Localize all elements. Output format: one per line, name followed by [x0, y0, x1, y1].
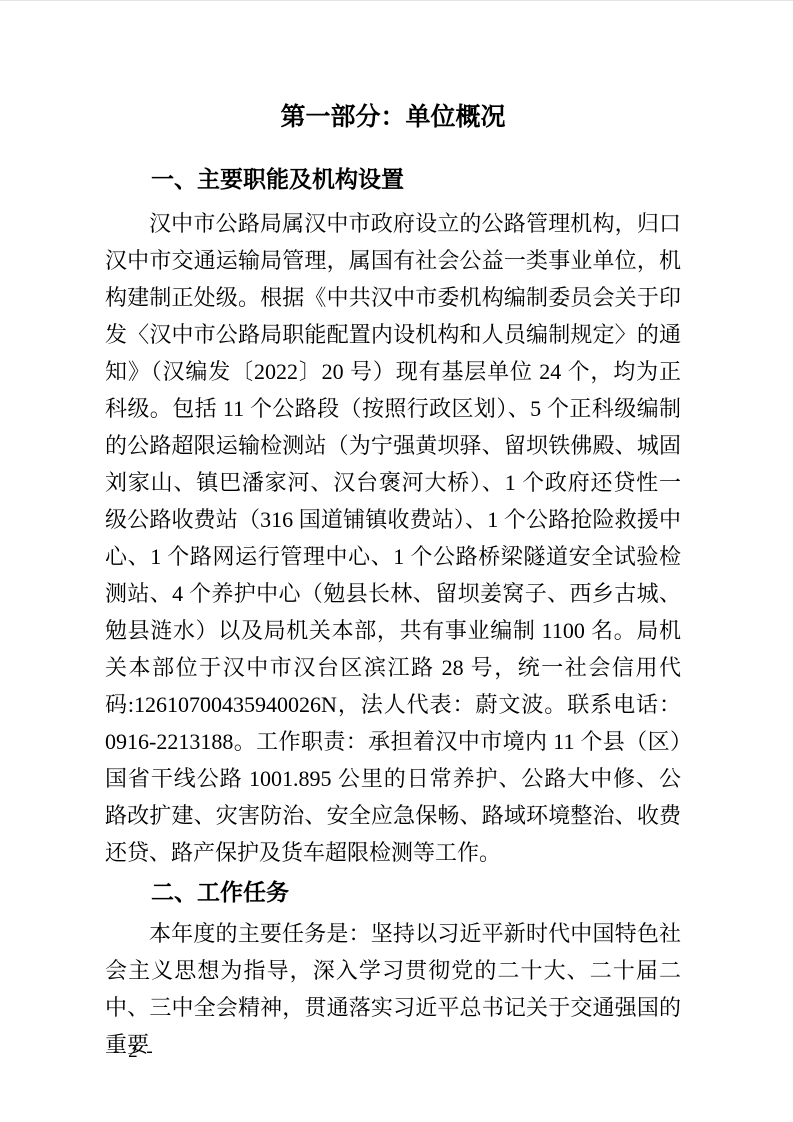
section-work-tasks: 二、工作任务 本年度的主要任务是：坚持以习近平新时代中国特色社会主义思想为指导，…	[105, 880, 681, 1063]
section-1-heading: 一、主要职能及机构设置	[105, 167, 681, 191]
section-main-functions: 一、主要职能及机构设置 汉中市公路局属汉中市政府设立的公路管理机构，归口汉中市交…	[105, 167, 681, 871]
page-number: - 2 -	[113, 1041, 155, 1063]
page-content: 第一部分：单位概况 一、主要职能及机构设置 汉中市公路局属汉中市政府设立的公路管…	[105, 104, 681, 1063]
section-1-paragraph: 汉中市公路局属汉中市政府设立的公路管理机构，归口汉中市交通运输局管理，属国有社会…	[105, 205, 681, 871]
section-2-paragraph: 本年度的主要任务是：坚持以习近平新时代中国特色社会主义思想为指导，深入学习贯彻党…	[105, 915, 681, 1063]
section-2-heading: 二、工作任务	[105, 880, 681, 904]
document-page: 第一部分：单位概况 一、主要职能及机构设置 汉中市公路局属汉中市政府设立的公路管…	[0, 0, 793, 1122]
page-title: 第一部分：单位概况	[105, 104, 681, 130]
